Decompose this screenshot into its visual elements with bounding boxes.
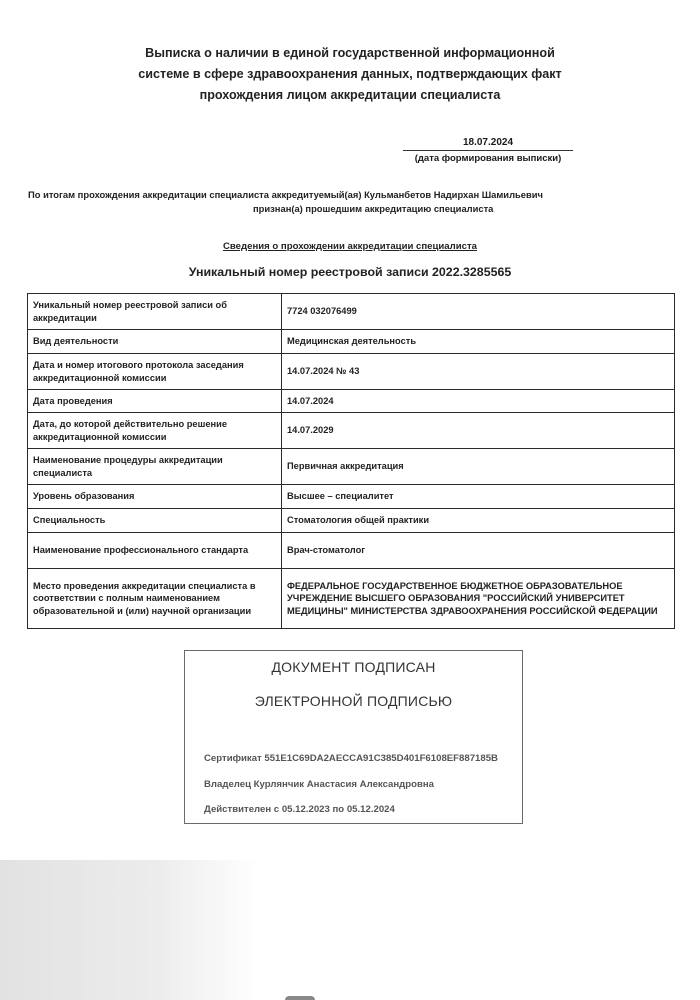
table-row: Уникальный номер реестровой записи об ак…	[28, 294, 675, 330]
signature-owner: Владелец Курлянчик Анастасия Александров…	[204, 779, 434, 790]
electronic-signature-stamp: ДОКУМЕНТ ПОДПИСАН ЭЛЕКТРОННОЙ ПОДПИСЬЮ С…	[184, 650, 523, 824]
table-row: Вид деятельности Медицинская деятельност…	[28, 330, 675, 354]
row-value: Стоматология общей практики	[282, 509, 675, 533]
row-value: 7724 032076499	[282, 294, 675, 330]
intro-line-2: признан(а) прошедшим аккредитацию специа…	[28, 202, 668, 216]
formation-date-block: 18.07.2024 (дата формирования выписки)	[403, 137, 573, 164]
accreditation-details-table: Уникальный номер реестровой записи об ак…	[27, 293, 675, 629]
registry-number-title: Уникальный номер реестровой записи 2022.…	[100, 265, 600, 279]
row-label: Уровень образования	[28, 485, 282, 509]
row-label: Уникальный номер реестровой записи об ак…	[28, 294, 282, 330]
row-value: 14.07.2029	[282, 413, 675, 449]
formation-date-caption: (дата формирования выписки)	[403, 151, 573, 164]
signature-validity: Действителен с 05.12.2023 по 05.12.2024	[204, 804, 395, 815]
table-row: Дата и номер итогового протокола заседан…	[28, 354, 675, 390]
row-label: Вид деятельности	[28, 330, 282, 354]
row-label: Дата, до которой действительно решение а…	[28, 413, 282, 449]
row-value: Высшее – специалитет	[282, 485, 675, 509]
row-label: Наименование процедуры аккредитации спец…	[28, 449, 282, 485]
table-row: Дата, до которой действительно решение а…	[28, 413, 675, 449]
row-value: 14.07.2024	[282, 390, 675, 413]
intro-line-1: По итогам прохождения аккредитации специ…	[28, 189, 543, 200]
row-label: Специальность	[28, 509, 282, 533]
row-value: Врач-стоматолог	[282, 533, 675, 569]
table-row: Наименование профессионального стандарта…	[28, 533, 675, 569]
intro-statement: По итогам прохождения аккредитации специ…	[28, 188, 668, 216]
row-label: Наименование профессионального стандарта	[28, 533, 282, 569]
row-value: Первичная аккредитация	[282, 449, 675, 485]
signature-certificate: Сертификат 551E1C69DA2AECCA91C385D401F61…	[204, 753, 498, 764]
row-value: ФЕДЕРАЛЬНОЕ ГОСУДАРСТВЕННОЕ БЮДЖЕТНОЕ ОБ…	[282, 569, 675, 629]
title-line: Выписка о наличии в единой государственн…	[100, 43, 600, 64]
table-row: Специальность Стоматология общей практик…	[28, 509, 675, 533]
document-title: Выписка о наличии в единой государственн…	[100, 43, 600, 106]
table-row: Дата проведения 14.07.2024	[28, 390, 675, 413]
row-label: Место проведения аккредитации специалист…	[28, 569, 282, 629]
formation-date: 18.07.2024	[403, 137, 573, 151]
table-row: Наименование процедуры аккредитации спец…	[28, 449, 675, 485]
scan-edge-mark	[285, 996, 315, 1000]
row-label: Дата проведения	[28, 390, 282, 413]
signature-heading-line-2: ЭЛЕКТРОННОЙ ПОДПИСЬЮ	[185, 693, 522, 709]
row-value: Медицинская деятельность	[282, 330, 675, 354]
section-title: Сведения о прохождении аккредитации спец…	[150, 241, 550, 252]
title-line: прохождения лицом аккредитации специалис…	[100, 85, 600, 106]
table-row: Уровень образования Высшее – специалитет	[28, 485, 675, 509]
table-row: Место проведения аккредитации специалист…	[28, 569, 675, 629]
row-label: Дата и номер итогового протокола заседан…	[28, 354, 282, 390]
row-value: 14.07.2024 № 43	[282, 354, 675, 390]
title-line: системе в сфере здравоохранения данных, …	[100, 64, 600, 85]
signature-heading-line-1: ДОКУМЕНТ ПОДПИСАН	[185, 659, 522, 675]
scan-shadow	[0, 860, 260, 1000]
